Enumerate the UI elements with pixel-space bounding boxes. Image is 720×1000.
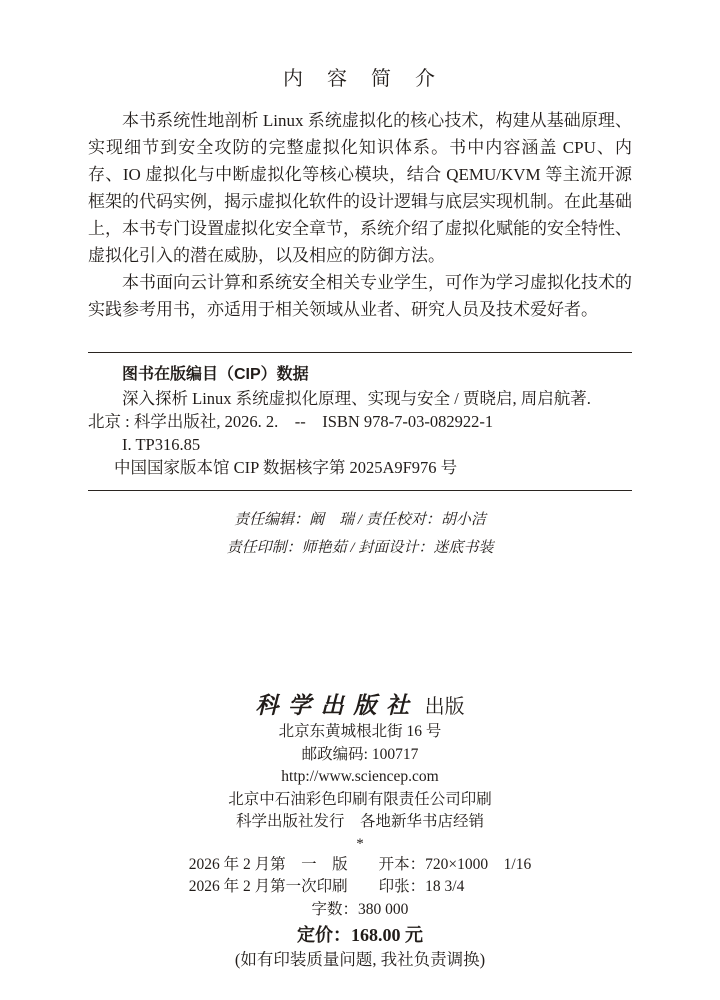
publisher-address: 北京东黄城根北街 16 号 xyxy=(0,721,720,744)
cip-title-line: 深入探析 Linux 系统虚拟化原理、实现与安全 / 贾晓启, 周启航著. xyxy=(122,387,632,410)
cip-heading: 图书在版编目（CIP）数据 xyxy=(122,362,632,387)
publisher-logo-suffix: 出版 xyxy=(425,696,465,718)
publisher-website: http://www.sciencep.com xyxy=(0,766,720,789)
exchange-note: (如有印装质量问题, 我社负责调换) xyxy=(0,948,720,972)
content-summary: 本书系统性地剖析 Linux 系统虚拟化的核心技术，构建从基础原理、实现细节到安… xyxy=(88,107,632,323)
intro-paragraph-2: 本书面向云计算和系统安全相关专业学生，可作为学习虚拟化技术的实践参考用书，亦适用… xyxy=(88,269,632,323)
cip-publisher-isbn-line: 北京 : 科学出版社, 2026. 2. -- ISBN 978-7-03-08… xyxy=(88,410,632,433)
publisher-line: 科学出版社 出版 xyxy=(0,690,720,721)
publisher-postcode: 邮政编码: 100717 xyxy=(0,744,720,767)
intro-paragraph-1: 本书系统性地剖析 Linux 系统虚拟化的核心技术，构建从基础原理、实现细节到安… xyxy=(88,107,632,269)
publisher-logo: 科学出版社 xyxy=(255,693,418,718)
credits-printing-coverdesign: 责任印制：师艳茹 / 封面设计：迷底书装 xyxy=(0,534,720,562)
colophon: 科学出版社 出版 北京东黄城根北街 16 号 邮政编码: 100717 http… xyxy=(0,690,720,972)
printer-line: 北京中石油彩色印刷有限责任公司印刷 xyxy=(0,789,720,812)
separator-star: * xyxy=(0,834,720,854)
word-count-line: 字数：380 000 xyxy=(0,899,720,922)
cip-data-block: 图书在版编目（CIP）数据 深入探析 Linux 系统虚拟化原理、实现与安全 /… xyxy=(88,352,632,491)
page-title: 内 容 简 介 xyxy=(0,66,720,92)
distributor-line: 科学出版社发行 各地新华书店经销 xyxy=(0,811,720,834)
edition-line: 2026 年 2 月第 一 版 开本：720×1000 1/16 xyxy=(189,854,531,877)
book-copyright-page: 内 容 简 介 本书系统性地剖析 Linux 系统虚拟化的核心技术，构建从基础原… xyxy=(0,0,720,1000)
print-run-line: 2026 年 2 月第一次印刷 印张：18 3/4 xyxy=(189,876,531,899)
credits-editor-proofreader: 责任编辑：阚 瑞 / 责任校对：胡小洁 xyxy=(0,506,720,534)
edition-info: 2026 年 2 月第 一 版 开本：720×1000 1/16 2026 年 … xyxy=(0,854,720,899)
staff-credits: 责任编辑：阚 瑞 / 责任校对：胡小洁 责任印制：师艳茹 / 封面设计：迷底书装 xyxy=(0,506,720,562)
cip-record-number-line: 中国国家版本馆 CIP 数据核字第 2025A9F976 号 xyxy=(114,456,632,479)
price-line: 定价：168.00 元 xyxy=(0,922,720,948)
cip-classification-line: I. TP316.85 xyxy=(122,433,632,456)
